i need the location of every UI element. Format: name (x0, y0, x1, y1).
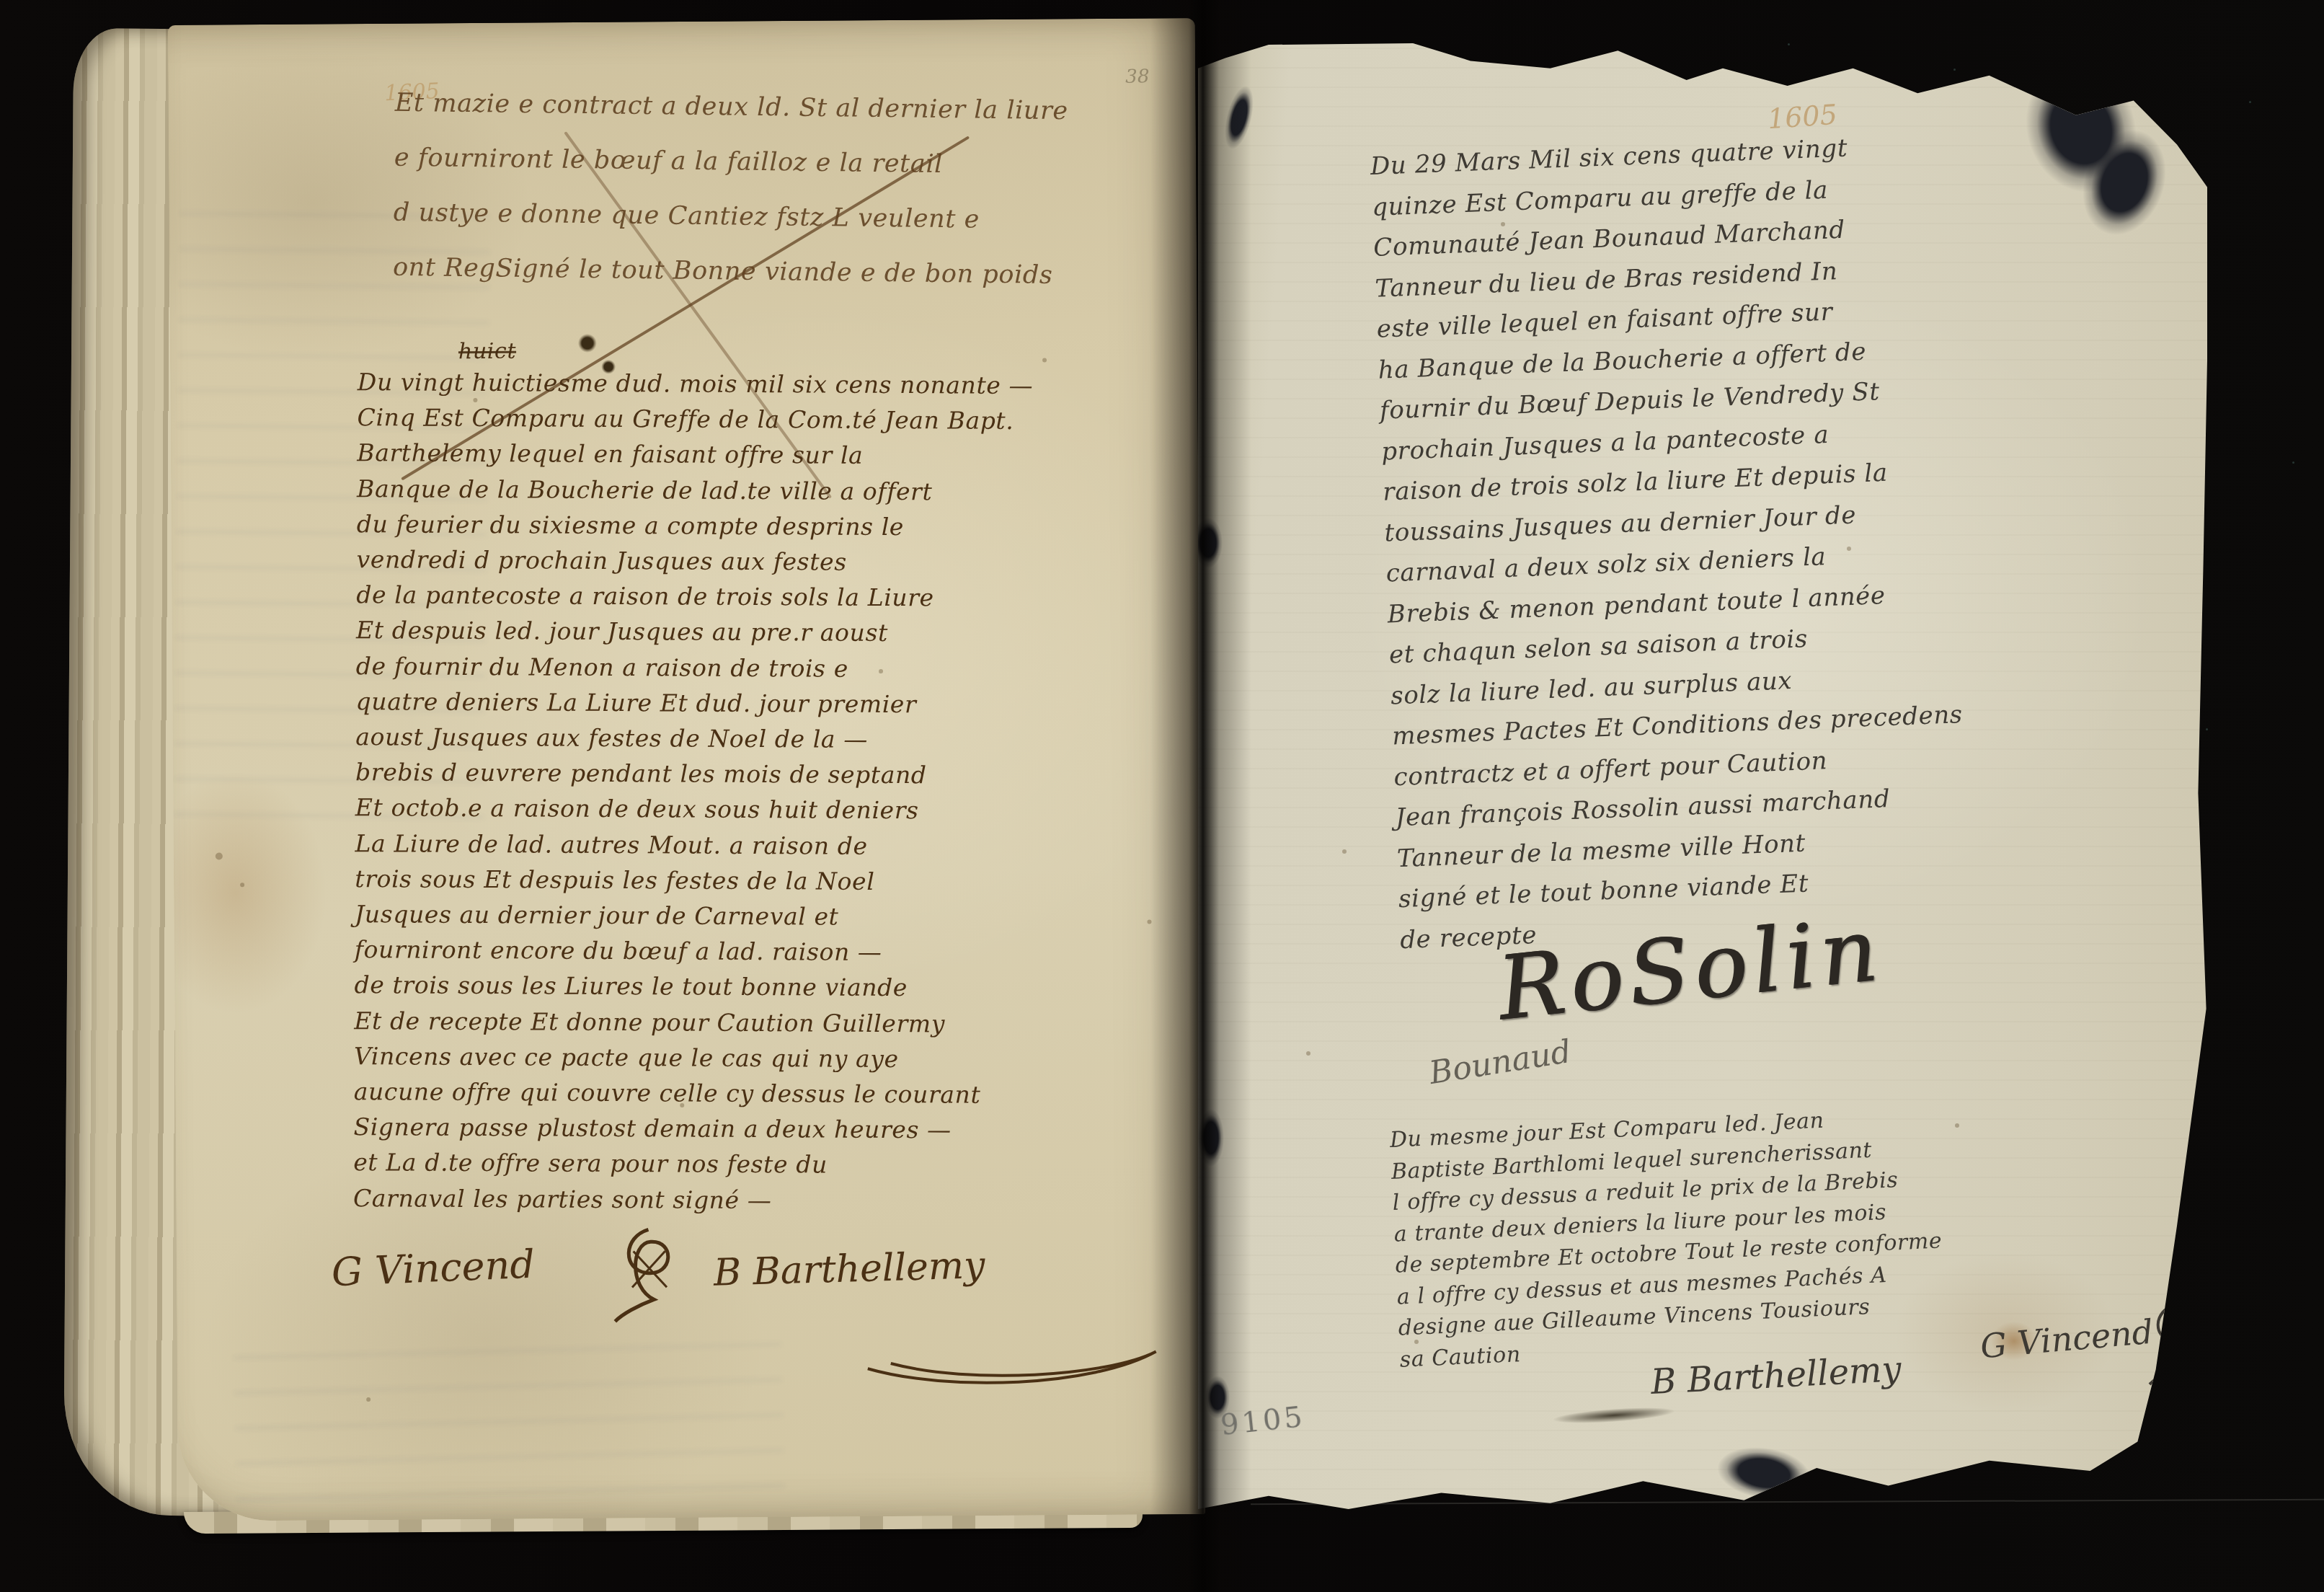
manuscript-line: brebis d euvrere pendant les mois de sep… (355, 754, 1192, 794)
ink-blot (578, 334, 597, 353)
register-entry-text: Du 29 Mars Mil six cens quatre vingtquin… (1370, 114, 2237, 960)
manuscript-line: Carnaval les parties sont signé — (353, 1180, 1189, 1220)
cancelled-entry-text: Et mazie e contract a deux ld. St al der… (393, 76, 1189, 304)
manuscript-line: quatre deniers La Liure Et dud. jour pre… (355, 684, 1192, 723)
manuscript-line: Signera passe plustost demain a deux heu… (353, 1109, 1189, 1149)
register-entry-text: Du vingt huictiesme dud. mois mil six ce… (353, 364, 1194, 1220)
manuscript-line: de trois sous les Liures le tout bonne v… (354, 968, 1190, 1007)
ink-blot (1220, 83, 1259, 152)
manuscript-line: Jusques au dernier jour de Carneval et (355, 896, 1191, 936)
manuscript-line: vendredi d prochain Jusques aux festes (357, 541, 1193, 581)
manuscript-line: de fournir du Menon a raison de trois e (356, 648, 1192, 688)
manuscript-line: Du vingt huictiesme dud. mois mil six ce… (358, 364, 1194, 404)
manuscript-line: Et despuis led. jour Jusques au pre.r ao… (356, 613, 1192, 653)
manuscript-line: de la pantecoste a raison de trois sols … (356, 577, 1192, 616)
ink-blot (1194, 518, 1223, 568)
signature-vincend: G Vincend (331, 1242, 536, 1296)
manuscript-line: Barthelemy lequel en faisant offre sur l… (357, 435, 1193, 475)
manuscript-line: aucune offre qui couvre celle cy dessus … (354, 1074, 1190, 1113)
manuscript-line: e fourniront le bœuf a la failloz e la r… (394, 131, 1187, 195)
signature-underline-flourish (862, 1341, 1165, 1394)
ink-smear (1553, 1405, 1676, 1426)
manuscript-line: Et mazie e contract a deux ld. St al der… (394, 76, 1188, 140)
manuscript-line: trois sous Et despuis les festes de la N… (355, 861, 1191, 901)
manuscript-line: La Liure de lad. autres Mout. a raison d… (355, 826, 1191, 865)
ink-blot (1198, 1109, 1224, 1167)
notary-paraph-flourish (608, 1219, 688, 1327)
entry-heading-word: huict (458, 339, 516, 365)
right-page: 1605 Du 29 Mars Mil six cens quatre ving… (1198, 42, 2207, 1509)
manuscript-line: fourniront encore du bœuf a lad. raison … (355, 932, 1191, 971)
ink-blot (1714, 1441, 1814, 1504)
manuscript-line: du feurier du sixiesme a compte desprins… (357, 506, 1193, 546)
bleedthrough-ghost-text (234, 1343, 785, 1521)
manuscript-line: aoust Jusques aux festes de Noel de la — (355, 719, 1192, 759)
scan-artifact-line (1251, 1499, 2324, 1505)
archival-manuscript-photo: 1605 38 Et mazie e contract a deux ld. S… (0, 0, 2324, 1592)
manuscript-line: d ustye e donne que Cantiez fstz L veule… (393, 185, 1187, 249)
signature-barthellemy: B Barthellemy (713, 1244, 985, 1294)
manuscript-line: Et octob.e a raison de deux sous huit de… (355, 790, 1192, 830)
signature-bounaud: Bounaud (1427, 1033, 1574, 1092)
manuscript-line: et La d.te offre sera pour nos feste du (353, 1145, 1189, 1185)
notary-paraph-flourish (2142, 1296, 2207, 1390)
manuscript-line: Cinq Est Comparu au Greffe de la Com.té … (358, 399, 1194, 439)
manuscript-line: ont RegSigné le tout Bonne viande e de b… (393, 240, 1187, 304)
manuscript-line: Et de recepte Et donne pour Caution Guil… (354, 1003, 1190, 1043)
manuscript-line: Vincens avec ce pacte que le cas qui ny … (354, 1038, 1190, 1078)
left-page: 1605 38 Et mazie e contract a deux ld. S… (168, 18, 1205, 1521)
paper-spots (168, 18, 1195, 25)
manuscript-line: Banque de la Boucherie de lad.te ville a… (357, 471, 1193, 510)
